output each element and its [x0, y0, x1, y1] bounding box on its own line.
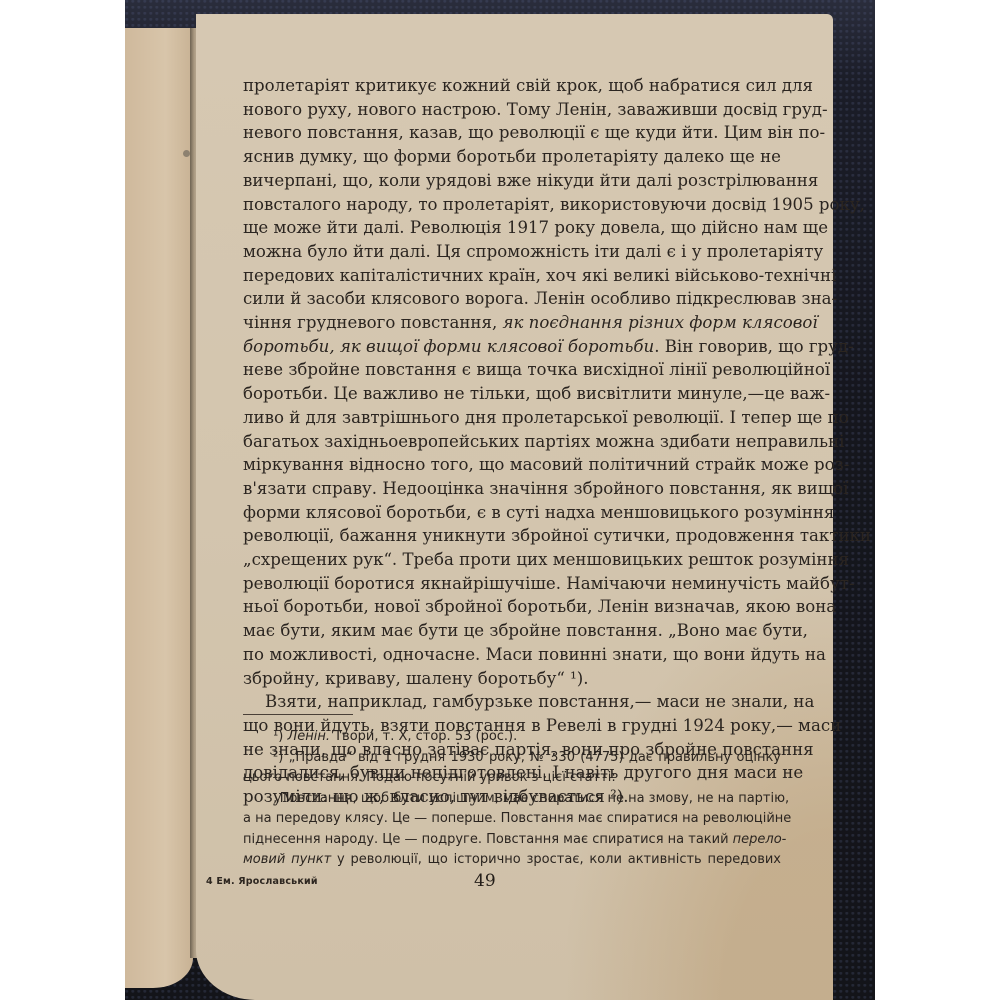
text-line: сили й засоби клясового ворога. Ленін ос…: [243, 287, 773, 311]
book-page: пролетаріят критикує кожний свій крок, щ…: [196, 14, 833, 1000]
text-line: по можливості, одночасне. Маси повинні з…: [243, 643, 773, 667]
body-text: пролетаріят критикує кожний свій крок, щ…: [243, 74, 773, 809]
footnote-2-line: „Повстання, щоб бути успішним, має спира…: [243, 789, 781, 810]
italic-phrase: боротьби, як вищої форми клясової бороть…: [243, 337, 654, 356]
text-line: боротьби. Це важливо не тільки, щоб висв…: [243, 382, 773, 406]
text-line: боротьби, як вищої форми клясової бороть…: [243, 335, 773, 359]
footnote-1: ¹) Ленін. Твори, т. X, стор. 53 (рос.).: [243, 727, 781, 748]
footnote-divider: [243, 714, 353, 715]
text-line: пролетаріят критикує кожний свій крок, щ…: [243, 74, 773, 98]
text-line: має бути, яким має бути це збройне повст…: [243, 619, 773, 643]
text-line: невого повстання, казав, що революції є …: [243, 121, 773, 145]
text-line: повсталого народу, то пролетаріят, викор…: [243, 193, 773, 217]
text-line: „схрещених рук“. Треба проти цих меншови…: [243, 548, 773, 572]
footnote-2-line: піднесення народу. Це — подруге. Повстан…: [243, 830, 781, 851]
page-number: 49: [474, 871, 496, 891]
text-line: збройну, криваву, шалену боротьбу“ ¹).: [243, 667, 773, 691]
text-line: Взяти, наприклад, гамбурзьке повстання,—…: [243, 690, 773, 714]
text-line: багатьох західньоевропейських партіях мо…: [243, 430, 773, 454]
printer-signature: 4 Ем. Ярославський: [206, 876, 318, 887]
text-line: в'язати справу. Недооцінка значіння збро…: [243, 477, 773, 501]
footnote-2-line: мовий пункт у революції, що історично зр…: [243, 850, 781, 871]
text-line: передових капіталістичних країн, хоч які…: [243, 264, 773, 288]
text-line: чіння грудневого повстання, як поєднання…: [243, 311, 773, 335]
text-line: неве збройне повстання є вища точка висх…: [243, 358, 773, 382]
footnote-2-line: ²) „Правда“ від 1 грудня 1930 року, № 33…: [243, 748, 781, 769]
text-line: яснив думку, що форми боротьби пролетарі…: [243, 145, 773, 169]
footnote-2-line: цього повстання. Подаю посутній уривок з…: [243, 768, 781, 789]
footnote-2-line: а на передову клясу. Це — поперше. Повст…: [243, 809, 781, 830]
text-line: форми клясової боротьби, є в суті надха …: [243, 501, 773, 525]
text-line: міркування відносно того, що масовий пол…: [243, 453, 773, 477]
text-line: нового руху, нового настрою. Тому Ленін,…: [243, 98, 773, 122]
text-line: революції, бажання уникнути збройної сут…: [243, 524, 773, 548]
paper-spot: [183, 150, 190, 157]
italic-phrase: як поєднання різних форм клясової: [503, 313, 818, 332]
text-line: вичерпані, що, коли урядові вже нікуди й…: [243, 169, 773, 193]
text-line: можна було йти далі. Ця спроможність іти…: [243, 240, 773, 264]
text-line: ливо й для завтрішнього дня пролетарсько…: [243, 406, 773, 430]
left-page-edge: [125, 28, 193, 988]
text-line: ньої боротьби, нової збройної боротьби, …: [243, 595, 773, 619]
footnotes: ¹) Ленін. Твори, т. X, стор. 53 (рос.). …: [243, 727, 781, 871]
text-line: революції боротися якнайрішучіше. Наміча…: [243, 572, 773, 596]
text-line: ще може йти далі. Революція 1917 року до…: [243, 216, 773, 240]
